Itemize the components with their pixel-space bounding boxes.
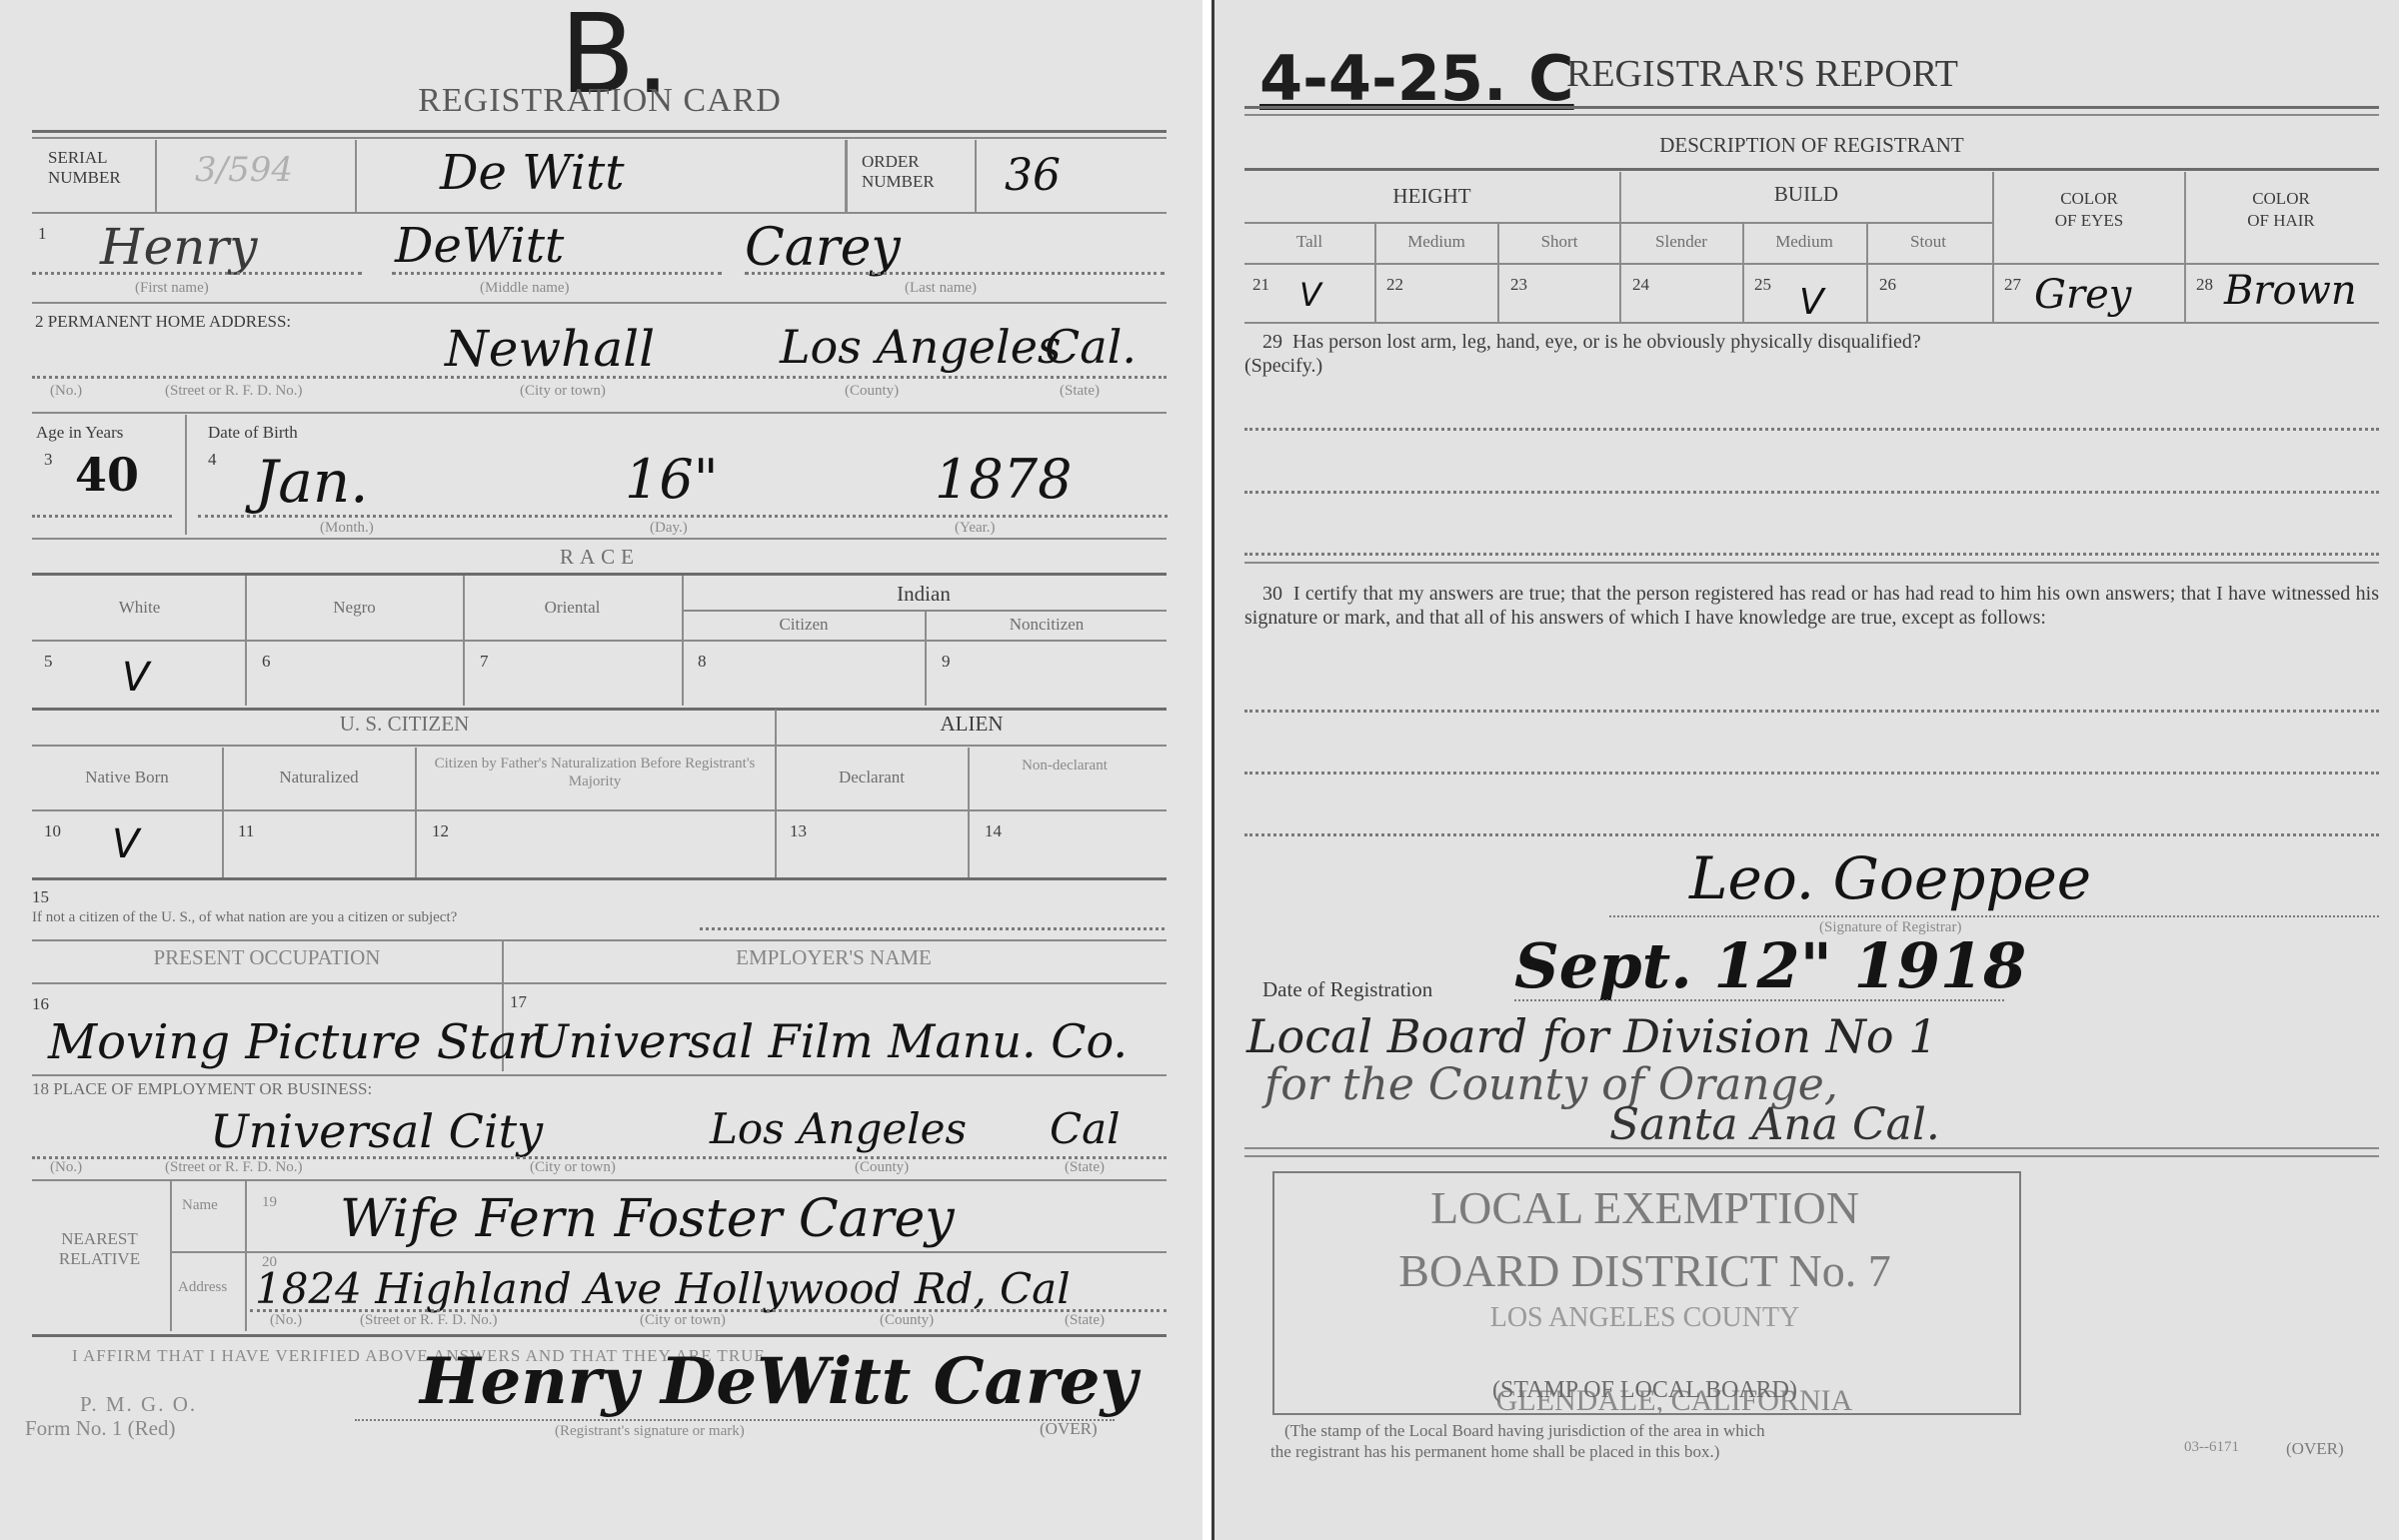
stamp-line-1: LOCAL EXEMPTION — [1272, 1181, 2017, 1234]
work-street-value: Universal City — [210, 1104, 543, 1158]
q1-number: 1 — [38, 224, 47, 244]
rel-label-no: (No.) — [270, 1312, 302, 1329]
alt-name-value: De Witt — [440, 145, 625, 201]
age-value: 40 — [75, 448, 139, 502]
occupation-value: Moving Picture Star — [48, 1014, 541, 1070]
stamp-caption-line-2: the registrant has his permanent home sh… — [1270, 1442, 1719, 1462]
native-born-checkmark: V — [112, 821, 139, 867]
work-label-city: (City or town) — [530, 1159, 616, 1176]
q12-number: 12 — [432, 821, 449, 841]
race-col-indian-citizen: Citizen — [684, 615, 924, 635]
q24-number: 24 — [1632, 275, 1649, 295]
work-state-value: Cal — [1050, 1104, 1121, 1153]
stamp-line-3: LOS ANGELES COUNTY — [1272, 1302, 2017, 1334]
build-col-medium: Medium — [1744, 232, 1864, 252]
cit-col-fathers: Citizen by Father's Naturalization Befor… — [430, 755, 760, 790]
work-label-state: (State) — [1065, 1159, 1105, 1176]
race-col-white: White — [32, 598, 247, 618]
dob-year-label: (Year.) — [955, 520, 996, 537]
signature-label: (Registrant's signature or mark) — [555, 1423, 745, 1440]
relative-name-label: Name — [182, 1197, 218, 1214]
home-county-value: Los Angeles — [780, 320, 1062, 374]
over-label: (OVER) — [1040, 1419, 1098, 1439]
q11-number: 11 — [238, 821, 254, 841]
rel-label-street: (Street or R. F. D. No.) — [360, 1312, 498, 1329]
hair-header: COLOROF HAIR — [2186, 188, 2376, 232]
race-col-indian-noncitizen: Noncitizen — [927, 615, 1167, 635]
q14-number: 14 — [985, 821, 1002, 841]
last-name-label: (Last name) — [905, 280, 977, 297]
nearest-relative-label: NEAREST RELATIVE — [32, 1229, 167, 1269]
stamp-caption-line-1: (The stamp of the Local Board having jur… — [1284, 1421, 1765, 1441]
addr-label-street: (Street or R. F. D. No.) — [165, 383, 303, 400]
employer-value: Universal Film Manu. Co. — [530, 1014, 1128, 1068]
alien-title: ALIEN — [777, 712, 1167, 737]
race-title: RACE — [500, 545, 700, 570]
q28-number: 28 — [2196, 275, 2213, 295]
description-title: DESCRIPTION OF REGISTRANT — [1244, 133, 2379, 158]
home-state-value: Cal. — [1045, 320, 1137, 374]
last-name-value: Carey — [745, 218, 901, 278]
board-note-line-1: Local Board for Division No 1 — [1246, 1009, 1937, 1063]
build-header: BUILD — [1621, 182, 1991, 207]
q7-number: 7 — [480, 652, 489, 672]
build-col-stout: Stout — [1868, 232, 1988, 252]
dob-month-value: Jan. — [255, 448, 369, 516]
relative-address-value: 1824 Highland Ave Hollywood Rd, Cal — [255, 1264, 1071, 1313]
eyes-header: COLOROF EYES — [1994, 188, 2184, 232]
addr-label-state: (State) — [1060, 383, 1100, 400]
order-number-label: ORDERNUMBER — [862, 152, 935, 192]
addr-label-county: (County) — [845, 383, 899, 400]
date-of-registration-label: Date of Registration — [1262, 977, 1432, 1002]
dob-label: Date of Birth — [208, 423, 298, 443]
registrant-signature: Henry DeWitt Carey — [420, 1344, 1138, 1419]
dob-day-label: (Day.) — [650, 520, 688, 537]
card-title: REGISTRATION CARD — [360, 82, 840, 120]
first-name-label: (First name) — [135, 280, 209, 297]
q17-number: 17 — [510, 992, 527, 1012]
eye-color-value: Grey — [2034, 272, 2131, 318]
q6-number: 6 — [262, 652, 271, 672]
middle-name-label: (Middle name) — [480, 280, 570, 297]
height-tall-checkmark: V — [1299, 276, 1321, 314]
middle-name-value: DeWitt — [395, 218, 564, 274]
q16-number: 16 — [32, 994, 49, 1014]
race-col-negro: Negro — [247, 598, 462, 618]
q2-label: 2 PERMANENT HOME ADDRESS: — [35, 312, 291, 332]
hair-color-value: Brown — [2224, 268, 2357, 314]
serial-number-label: SERIALNUMBER — [48, 148, 121, 188]
race-white-checkmark: V — [122, 655, 149, 701]
height-header: HEIGHT — [1244, 184, 1619, 209]
form-code: 03--6171 — [2184, 1439, 2239, 1456]
rel-label-city: (City or town) — [640, 1312, 726, 1329]
cit-col-declarant: Declarant — [777, 768, 967, 787]
first-name-value: Henry — [100, 218, 258, 276]
age-label: Age in Years — [36, 423, 123, 443]
serial-number-value: 3/594 — [195, 150, 293, 190]
work-label-no: (No.) — [50, 1159, 82, 1176]
q15-text: If not a citizen of the U. S., of what n… — [32, 909, 457, 926]
stamp-code: 4-4-25. C — [1259, 42, 1574, 115]
q22-number: 22 — [1386, 275, 1403, 295]
right-over-label: (OVER) — [2286, 1439, 2344, 1459]
registrars-report-back: 4-4-25. C REGISTRAR'S REPORT DESCRIPTION… — [1211, 0, 2399, 1540]
board-note-line-3: Santa Ana Cal. — [1609, 1099, 1940, 1150]
q9-number: 9 — [942, 652, 951, 672]
race-indian-header: Indian — [684, 582, 1164, 607]
work-county-value: Los Angeles — [710, 1104, 967, 1153]
build-col-slender: Slender — [1621, 232, 1741, 252]
q8-number: 8 — [698, 652, 707, 672]
relative-address-label: Address — [178, 1279, 227, 1296]
occupation-header: PRESENT OCCUPATION — [32, 945, 502, 970]
addr-label-city: (City or town) — [520, 383, 606, 400]
work-label-county: (County) — [855, 1159, 909, 1176]
dob-month-label: (Month.) — [320, 520, 374, 537]
us-citizen-title: U. S. CITIZEN — [32, 712, 777, 737]
q10-number: 10 — [44, 821, 61, 841]
build-medium-checkmark: V — [1799, 282, 1824, 323]
stamp-box-label: (STAMP OF LOCAL BOARD) — [1272, 1377, 2017, 1404]
q26-number: 26 — [1879, 275, 1896, 295]
height-col-medium: Medium — [1376, 232, 1496, 252]
rel-label-county: (County) — [880, 1312, 934, 1329]
cit-col-native: Native Born — [32, 768, 222, 787]
q13-number: 13 — [790, 821, 807, 841]
q4-number: 4 — [208, 450, 217, 470]
form-line-1: P. M. G. O. — [80, 1392, 197, 1417]
q3-number: 3 — [44, 450, 53, 470]
home-city-value: Newhall — [445, 320, 655, 378]
q25-number: 25 — [1754, 275, 1771, 295]
form-line-2: Form No. 1 (Red) — [25, 1416, 176, 1441]
race-col-oriental: Oriental — [465, 598, 680, 618]
registration-card-front: B. REGISTRATION CARD SERIALNUMBER 3/594 … — [0, 0, 1202, 1540]
dob-year-value: 1878 — [935, 448, 1072, 511]
registrar-signature: Leo. Goeppee — [1689, 844, 2091, 912]
q5-number: 5 — [44, 652, 53, 672]
dob-day-value: 16" — [625, 448, 719, 511]
q27-number: 27 — [2004, 275, 2021, 295]
date-of-registration-value: Sept. 12" 1918 — [1514, 929, 2026, 1002]
work-label-street: (Street or R. F. D. No.) — [165, 1159, 303, 1176]
height-col-short: Short — [1499, 232, 1619, 252]
addr-label-no: (No.) — [50, 383, 82, 400]
order-number-value: 36 — [1005, 150, 1061, 201]
q23-number: 23 — [1510, 275, 1527, 295]
stamp-line-2: BOARD DISTRICT No. 7 — [1272, 1244, 2017, 1297]
q30-text: 30 I certify that my answers are true; t… — [1244, 582, 2379, 630]
q19-number: 19 — [262, 1194, 277, 1211]
employer-header: EMPLOYER'S NAME — [504, 945, 1164, 970]
q21-number: 21 — [1252, 275, 1269, 295]
cit-col-naturalized: Naturalized — [224, 768, 414, 787]
rel-label-state: (State) — [1065, 1312, 1105, 1329]
q18-label: 18 PLACE OF EMPLOYMENT OR BUSINESS: — [32, 1079, 372, 1099]
q29-text: 29 Has person lost arm, leg, hand, eye, … — [1244, 330, 2379, 378]
cit-col-nondeclarant: Non-declarant — [970, 758, 1160, 774]
q15-number: 15 — [32, 887, 49, 907]
relative-name-value: Wife Fern Foster Carey — [340, 1189, 955, 1249]
height-col-tall: Tall — [1244, 232, 1374, 252]
registrars-report-title: REGISTRAR'S REPORT — [1566, 52, 1958, 96]
